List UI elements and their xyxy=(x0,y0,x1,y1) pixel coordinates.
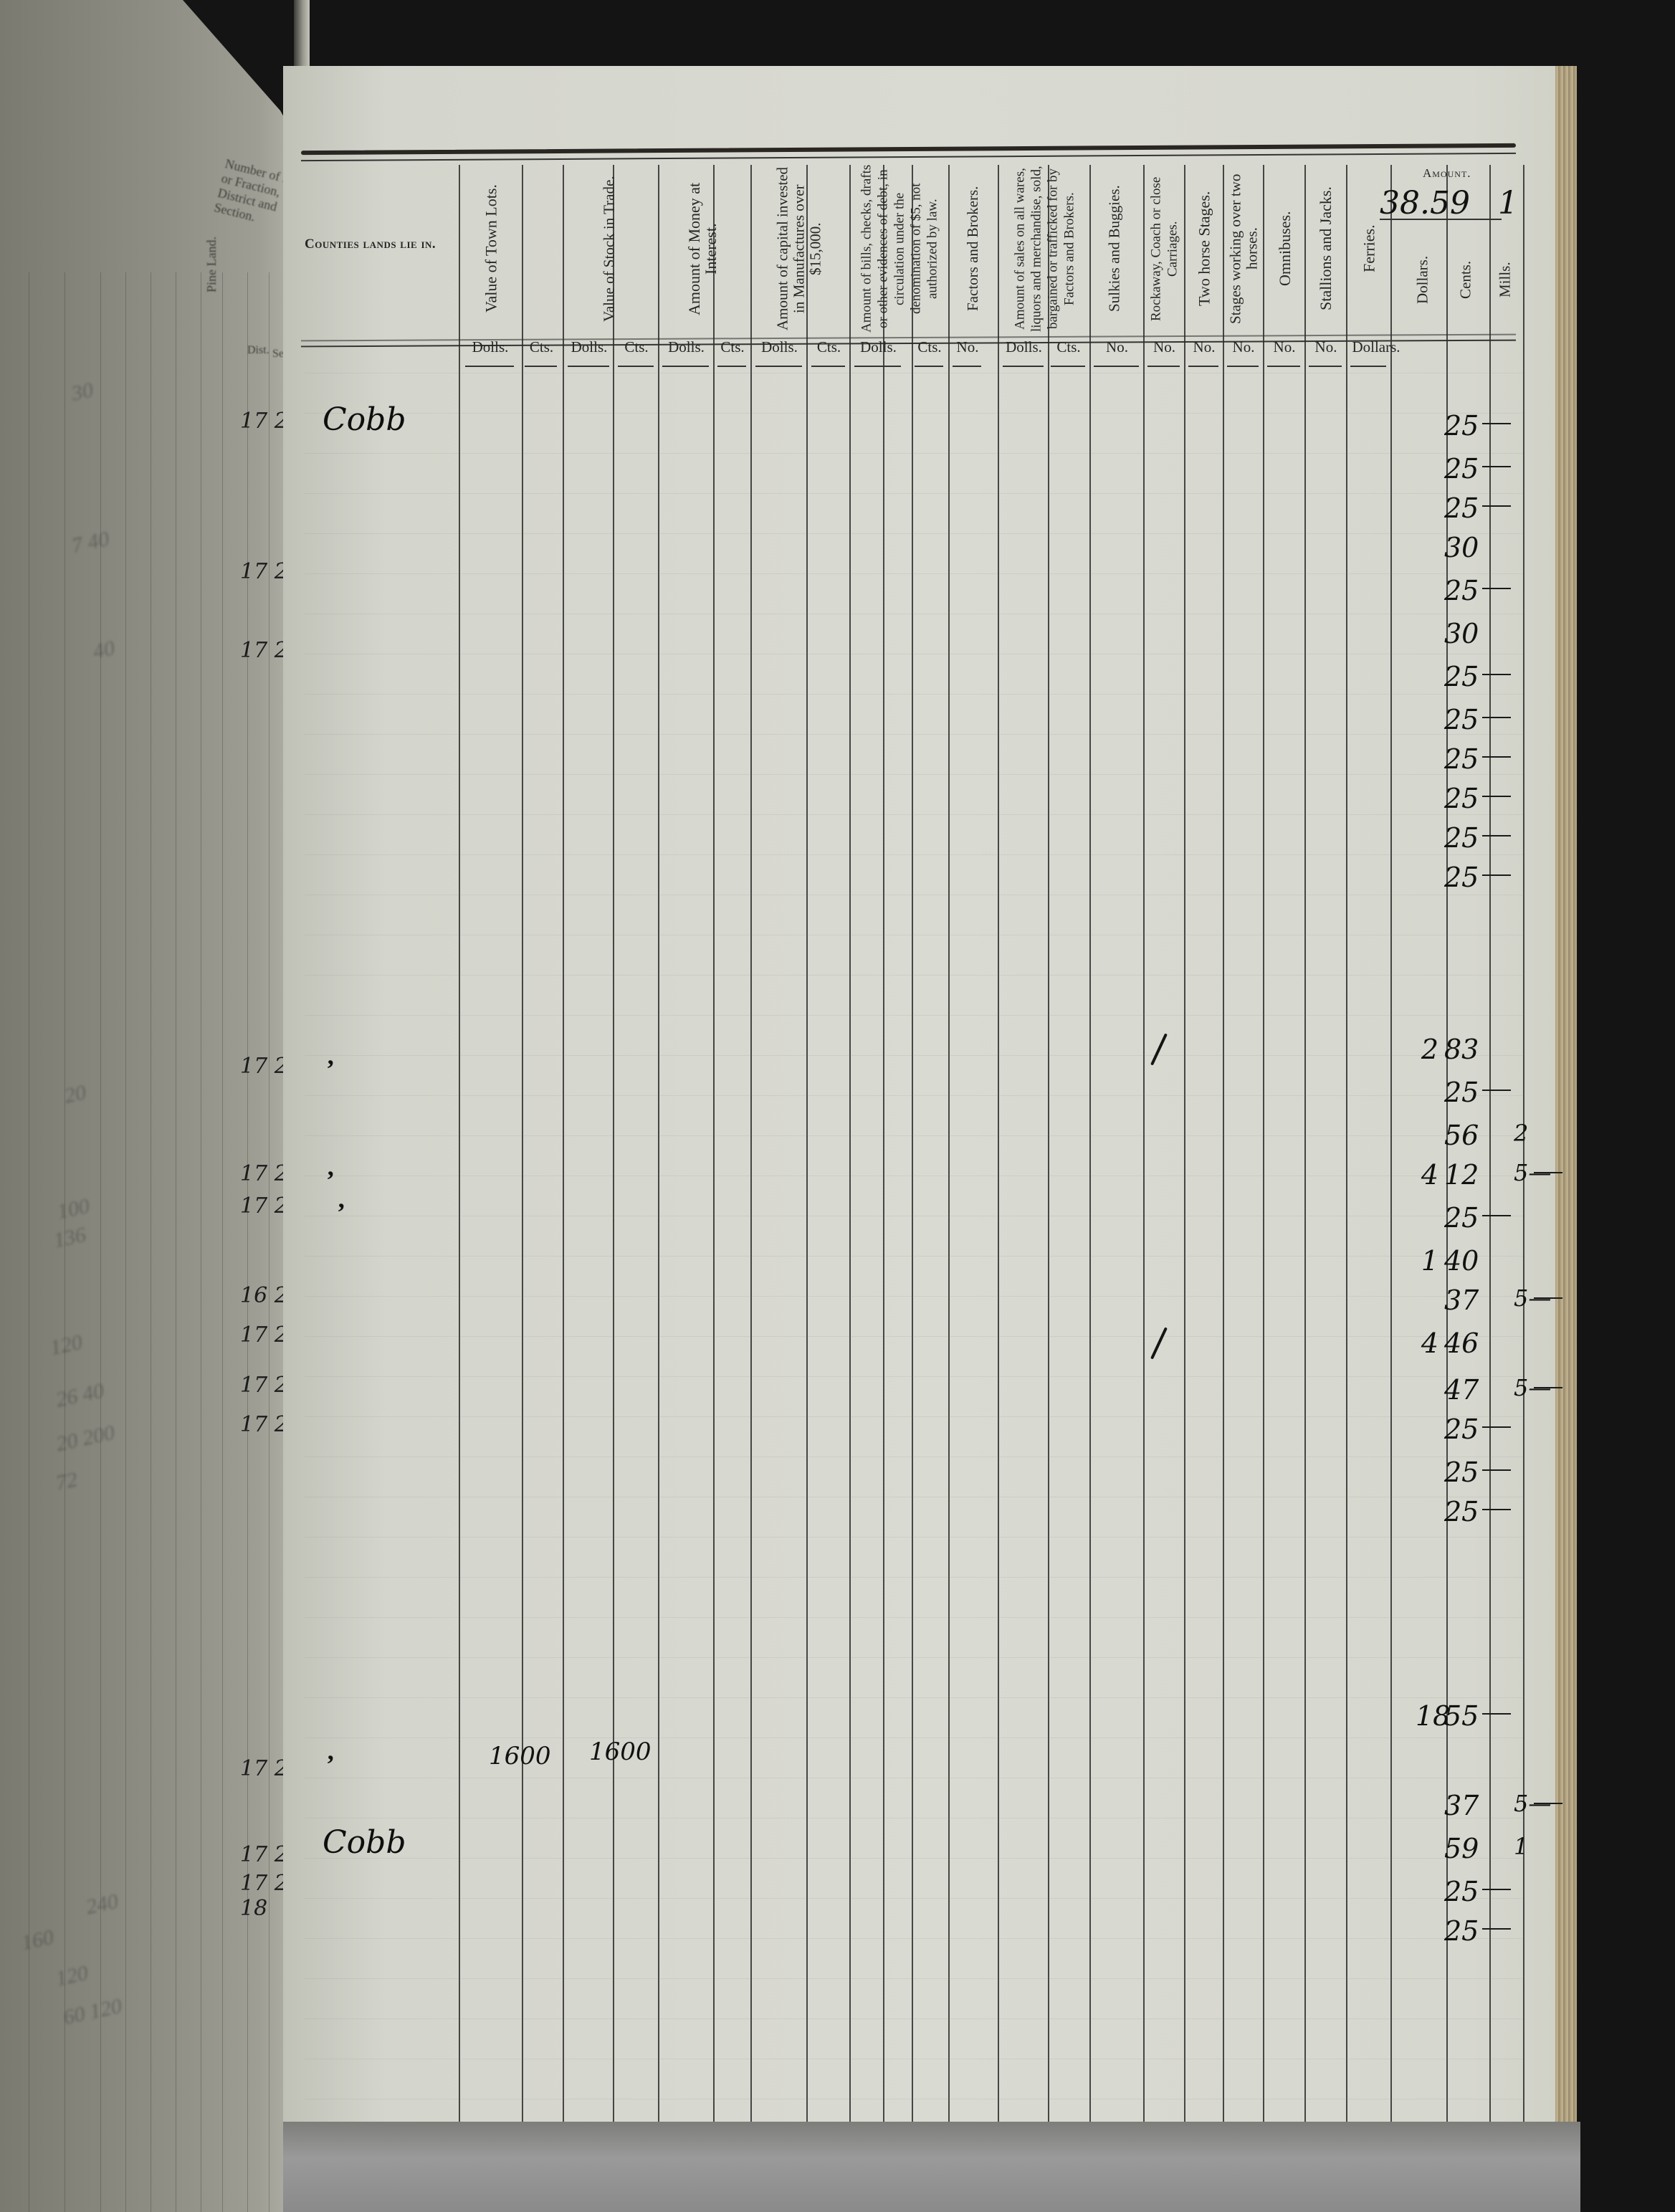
unit-label: No. xyxy=(1306,338,1346,356)
dash-mark xyxy=(1482,1426,1511,1428)
dash-mark xyxy=(1482,505,1511,507)
amount-cents: 25 xyxy=(1444,822,1494,854)
lot-district-ref: 17 2 xyxy=(240,559,288,584)
unit-label: Cts. xyxy=(1048,338,1089,356)
column-line xyxy=(1089,165,1091,2122)
amount-cents: 25 xyxy=(1444,492,1494,524)
unit-underline xyxy=(662,366,709,367)
unit-label: Cts. xyxy=(522,338,561,356)
amount-cents: 40 xyxy=(1444,1245,1494,1277)
amount-cents: 25 xyxy=(1444,704,1494,735)
row-guide xyxy=(305,1778,1523,1778)
row-guide xyxy=(305,1256,1523,1257)
column-header-3: Amount of capital invested in Manufactur… xyxy=(756,163,842,334)
column-header-1: Value of Stock in Trade. xyxy=(570,163,649,334)
ditto-mark: ’ xyxy=(326,1749,335,1779)
unit-label: Dolls. xyxy=(659,338,713,356)
row-guide xyxy=(305,413,1523,414)
amount-cents: 47 xyxy=(1444,1374,1494,1406)
amount-cents: 25 xyxy=(1444,1457,1494,1488)
row-guide xyxy=(305,1697,1523,1698)
town-lots-value: 1600 xyxy=(489,1742,551,1770)
bleed-through-mark: 136 xyxy=(52,1223,88,1254)
column-header-12: Stallions and Jacks. xyxy=(1306,163,1345,334)
bleed-through-mark: 40 xyxy=(91,636,117,664)
row-guide xyxy=(305,533,1523,534)
dash-mark xyxy=(1482,874,1511,876)
ruled-line xyxy=(201,272,201,2212)
unit-underline xyxy=(717,366,746,367)
column-header-10: Stages working over two horses. xyxy=(1224,163,1264,334)
column-header-4: Amount of bills, checks, drafts or other… xyxy=(853,163,946,334)
row-guide xyxy=(305,2018,1523,2019)
dash-mark xyxy=(1482,756,1511,758)
amount-cents: 25 xyxy=(1444,661,1494,692)
left-header-pine: Pine Land. xyxy=(204,237,219,292)
unit-underline xyxy=(465,366,514,367)
dash-mark xyxy=(1482,1713,1511,1715)
carried-total-mills: 1 xyxy=(1498,185,1518,221)
column-line xyxy=(1143,165,1145,2122)
unit-underline xyxy=(568,366,609,367)
amount-cents: 25 xyxy=(1444,1915,1494,1947)
amount-cents: 25 xyxy=(1444,575,1494,606)
row-guide xyxy=(305,1577,1523,1578)
dash-mark xyxy=(1534,1803,1562,1804)
column-line xyxy=(1048,165,1049,2122)
column-header-5: Factors and Brokers. xyxy=(953,163,993,334)
row-guide xyxy=(305,1416,1523,1417)
unit-label: No. xyxy=(1224,338,1263,356)
column-line xyxy=(522,165,523,2122)
unit-label: No. xyxy=(950,338,986,356)
dash-mark xyxy=(1534,1297,1562,1299)
unit-label: Dolls. xyxy=(462,338,518,356)
ruled-line xyxy=(176,272,176,2212)
row-guide xyxy=(305,493,1523,494)
unit-underline xyxy=(1350,366,1386,367)
unit-underline xyxy=(915,366,943,367)
county-name: Cobb xyxy=(323,401,406,438)
amount-cents-header: Cents. xyxy=(1451,229,1480,330)
lot-district-ref: 17 2 xyxy=(240,1193,288,1219)
table-surface xyxy=(283,2122,1580,2212)
bleed-through-mark: 30 xyxy=(70,378,95,406)
amount-cents: 46 xyxy=(1444,1327,1494,1359)
column-line xyxy=(948,165,950,2122)
row-guide xyxy=(305,654,1523,654)
column-line xyxy=(713,165,715,2122)
amount-cents: 56 xyxy=(1444,1120,1494,1151)
column-header-9: Two horse Stages. xyxy=(1186,163,1222,334)
unit-underline xyxy=(1051,366,1085,367)
unit-underline xyxy=(1188,366,1218,367)
row-guide xyxy=(305,1978,1523,1979)
column-line xyxy=(750,165,752,2122)
ruled-line xyxy=(100,272,101,2212)
row-guide xyxy=(305,1055,1523,1056)
unit-label: Dolls. xyxy=(1000,338,1048,356)
ruled-line xyxy=(125,272,126,2212)
row-guide xyxy=(305,814,1523,815)
amount-cents: 83 xyxy=(1444,1034,1494,1065)
amount-cents: 25 xyxy=(1444,1414,1494,1445)
row-guide xyxy=(305,1376,1523,1377)
column-line xyxy=(1184,165,1185,2122)
dash-mark xyxy=(1482,423,1511,424)
dash-mark xyxy=(1482,1090,1511,1091)
ruled-line xyxy=(151,272,151,2212)
unit-underline xyxy=(525,366,557,367)
amount-cents: 25 xyxy=(1444,1202,1494,1234)
row-guide xyxy=(305,573,1523,574)
row-guide xyxy=(305,1938,1523,1939)
dash-mark xyxy=(1482,1928,1511,1930)
dash-mark xyxy=(1482,1215,1511,1216)
amount-cents: 55 xyxy=(1444,1700,1494,1732)
unit-underline xyxy=(854,366,901,367)
bleed-through-mark: 7 40 xyxy=(70,527,111,558)
amount-cents: 12 xyxy=(1444,1159,1494,1191)
dash-mark xyxy=(1482,1469,1511,1471)
county-name: Cobb xyxy=(323,1824,406,1861)
dash-mark xyxy=(1482,588,1511,589)
row-guide xyxy=(305,1216,1523,1216)
lot-district-ref: 17 2 xyxy=(240,1322,288,1348)
amount-cents: 25 xyxy=(1444,783,1494,814)
column-line xyxy=(613,165,614,2122)
row-guide xyxy=(305,453,1523,454)
bleed-through-mark: 72 xyxy=(54,1467,80,1495)
row-guide xyxy=(305,1176,1523,1176)
column-header-2: Amount of Money at Interest. xyxy=(663,163,742,334)
unit-underline xyxy=(618,366,654,367)
amount-cents: 37 xyxy=(1444,1284,1494,1316)
lot-district-ref: 17 2 xyxy=(240,1373,288,1398)
lot-district-ref: 17 2 xyxy=(240,1161,288,1186)
bleed-through-mark: 26 40 xyxy=(54,1378,106,1412)
row-guide xyxy=(305,854,1523,855)
unit-label: Cts. xyxy=(615,338,658,356)
column-line xyxy=(1390,165,1392,2122)
amount-cents: 25 xyxy=(1444,862,1494,893)
row-guide xyxy=(305,1095,1523,1096)
amount-dollars-header: Dollars. xyxy=(1408,229,1437,330)
column-line xyxy=(849,165,851,2122)
lot-district-ref: 17 2 xyxy=(240,1842,288,1867)
column-line xyxy=(1304,165,1306,2122)
lot-district-ref: 17 2 xyxy=(240,409,288,434)
unit-label: Cts. xyxy=(715,338,750,356)
unit-underline xyxy=(1309,366,1342,367)
unit-label: No. xyxy=(1264,338,1304,356)
unit-underline xyxy=(953,366,981,367)
amount-cents: 25 xyxy=(1444,453,1494,485)
amount-dollars: 2 xyxy=(1416,1034,1444,1065)
row-guide xyxy=(305,1617,1523,1618)
unit-label: Dolls. xyxy=(851,338,905,356)
bleed-through-mark: 20 200 xyxy=(54,1421,117,1457)
lot-district-ref: 17 2 xyxy=(240,638,288,663)
column-header-0: Value of Town Lots. xyxy=(466,163,516,334)
column-line xyxy=(912,165,913,2122)
amount-dollars: 4 xyxy=(1416,1159,1444,1191)
amount-cents: 25 xyxy=(1444,1077,1494,1108)
unit-label: Dolls. xyxy=(565,338,614,356)
row-guide xyxy=(305,1537,1523,1538)
carried-total: 38.59 xyxy=(1380,185,1470,221)
ruled-line xyxy=(222,272,223,2212)
amount-cents: 25 xyxy=(1444,410,1494,442)
row-guide xyxy=(305,1818,1523,1818)
row-guide xyxy=(305,1657,1523,1658)
row-guide xyxy=(305,2099,1523,2099)
dash-mark xyxy=(1482,466,1511,467)
bleed-through-mark: 120 xyxy=(54,1961,90,1992)
row-guide xyxy=(305,935,1523,935)
row-guide xyxy=(305,2059,1523,2059)
lot-district-ref: 17 2 xyxy=(240,1412,288,1437)
bleed-through-mark: 100 xyxy=(55,1194,92,1225)
amount-mills-header: Mills. xyxy=(1491,229,1519,330)
amount-dollars: 1 xyxy=(1416,1245,1444,1277)
row-guide xyxy=(305,734,1523,735)
lot-district-ref: 17 2 xyxy=(240,1054,288,1079)
left-header-dist: Dist. xyxy=(247,344,269,357)
unit-label: Dolls. xyxy=(753,338,806,356)
unit-underline xyxy=(1094,366,1139,367)
column-header-8: Rockaway, Coach or close Carriages. xyxy=(1145,163,1184,334)
left-facing-page: Number of Lot or Fraction, District and … xyxy=(0,0,305,2212)
stock-in-trade-value: 1600 xyxy=(589,1737,652,1766)
column-line xyxy=(459,165,460,2122)
unit-underline xyxy=(1147,366,1180,367)
unit-label: Cts. xyxy=(808,338,849,356)
unit-label: No. xyxy=(1145,338,1184,356)
column-header-7: Sulkies and Buggies. xyxy=(1093,163,1136,334)
bleed-through-mark: 20 xyxy=(62,1080,88,1108)
amount-header: Amount. xyxy=(1423,166,1471,181)
bleed-through-mark: 240 xyxy=(84,1889,120,1920)
column-line xyxy=(1263,165,1264,2122)
dash-mark xyxy=(1482,1509,1511,1510)
row-guide xyxy=(305,1457,1523,1457)
row-guide xyxy=(305,614,1523,614)
amount-cents: 25 xyxy=(1444,1876,1494,1907)
amount-cents: 30 xyxy=(1444,532,1494,563)
dash-mark xyxy=(1482,674,1511,675)
row-guide xyxy=(305,1737,1523,1738)
amount-cents: 25 xyxy=(1444,1496,1494,1527)
ditto-mark: ’ xyxy=(326,1165,335,1195)
unit-label: No. xyxy=(1185,338,1223,356)
ditto-mark: ’ xyxy=(326,1054,335,1084)
amount-cents: 30 xyxy=(1444,618,1494,649)
column-line xyxy=(563,165,564,2122)
ledger-page xyxy=(283,66,1573,2193)
amount-cents: 25 xyxy=(1444,743,1494,775)
dash-mark xyxy=(1482,1889,1511,1890)
row-guide xyxy=(305,1135,1523,1136)
ditto-mark: ’ xyxy=(337,1197,345,1227)
unit-underline xyxy=(1227,366,1259,367)
unit-label: Dollars. xyxy=(1347,338,1405,356)
counties-header: Counties lands lie in. xyxy=(305,237,436,252)
amount-cents: 37 xyxy=(1444,1790,1494,1821)
dash-mark xyxy=(1482,717,1511,718)
row-guide xyxy=(305,373,1523,373)
dash-mark xyxy=(1482,835,1511,836)
row-guide xyxy=(305,694,1523,695)
unit-underline xyxy=(755,366,802,367)
column-header-6: Amount of sales on all wares, liquors an… xyxy=(1000,163,1089,334)
bleed-through-mark: 60 120 xyxy=(61,1994,124,2030)
bleed-through-mark: 160 xyxy=(19,1925,56,1956)
column-line xyxy=(883,165,884,2122)
row-guide xyxy=(305,1858,1523,1859)
column-line xyxy=(1223,165,1224,2122)
bleed-through-mark: 120 xyxy=(48,1330,85,1361)
unit-underline xyxy=(811,366,845,367)
unit-underline xyxy=(1267,366,1300,367)
row-guide xyxy=(305,895,1523,895)
row-guide xyxy=(305,1336,1523,1337)
amount-cents: 59 xyxy=(1444,1833,1494,1864)
lot-district-ref: 16 2 xyxy=(240,1283,288,1308)
row-guide xyxy=(305,1497,1523,1497)
row-guide xyxy=(305,1296,1523,1297)
row-guide xyxy=(305,1898,1523,1899)
amount-mills: 2 xyxy=(1514,1120,1564,1147)
column-line xyxy=(1346,165,1347,2122)
column-header-11: Omnibuses. xyxy=(1265,163,1304,334)
amount-dollars: 4 xyxy=(1416,1327,1444,1359)
lot-district-ref: 17 2 xyxy=(240,1756,288,1781)
column-line xyxy=(806,165,808,2122)
dash-mark xyxy=(1534,1387,1562,1388)
unit-label: Cts. xyxy=(912,338,948,356)
row-guide xyxy=(305,975,1523,976)
dash-mark xyxy=(1534,1172,1562,1173)
dash-mark xyxy=(1482,796,1511,797)
unit-underline xyxy=(1003,366,1044,367)
amount-mills: 1 xyxy=(1514,1833,1564,1860)
row-guide xyxy=(305,774,1523,775)
total-underline xyxy=(1380,219,1502,220)
row-guide xyxy=(305,1015,1523,1016)
ruled-line xyxy=(29,272,29,2212)
unit-label: No. xyxy=(1091,338,1143,356)
amount-dollars: 18 xyxy=(1416,1700,1444,1732)
column-line xyxy=(998,165,999,2122)
column-line xyxy=(658,165,659,2122)
